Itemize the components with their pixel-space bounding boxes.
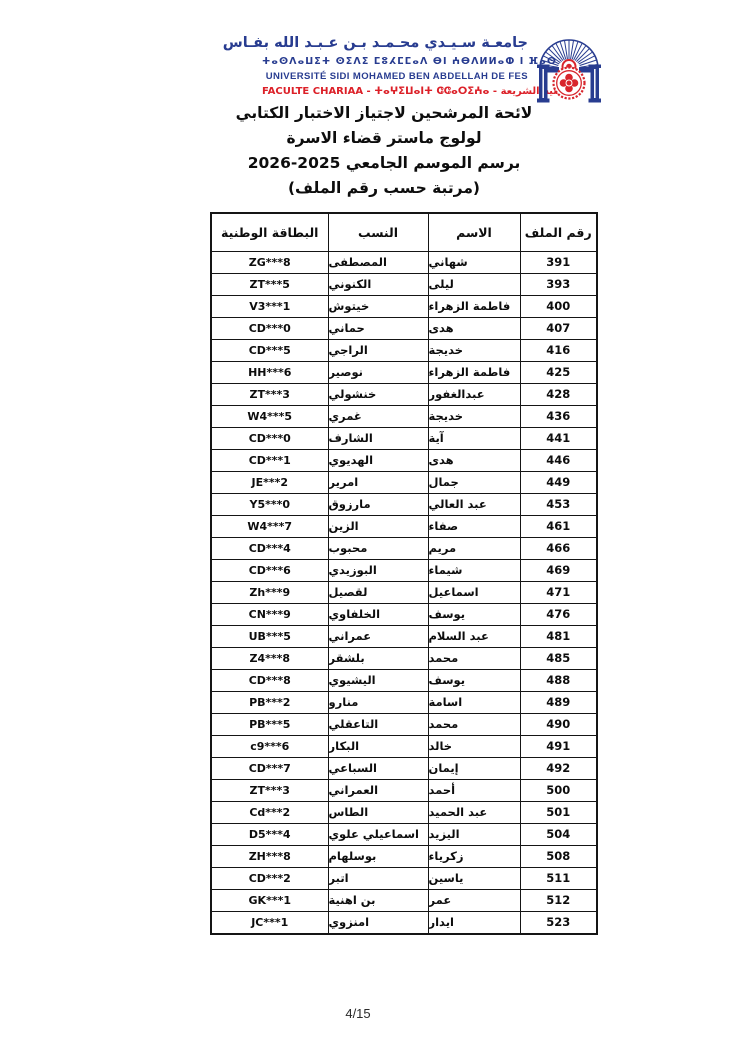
table-row: 523 ايدار امنزوي JC***1 (211, 912, 597, 935)
letterhead: جامعـة سـيـدي محـمـد بـن عـبـد الله بفـا… (262, 26, 605, 106)
file-number-cell: 523 (520, 912, 597, 935)
title-master-program: لولوج ماستر قضاء الاسرة (0, 126, 750, 151)
last-name-cell: منارو (328, 692, 428, 714)
first-name-cell: اليزيد (428, 824, 520, 846)
national-id-cell: CN***9 (211, 604, 328, 626)
file-number-cell: 489 (520, 692, 597, 714)
table-row: 453 عبد العالي مارزوق Y5***0 (211, 494, 597, 516)
file-number-cell: 490 (520, 714, 597, 736)
national-id-cell: CD***0 (211, 318, 328, 340)
table-row: 488 يوسف اليشيوي CD***8 (211, 670, 597, 692)
table-row: 501 عبد الحميد الطاس Cd***2 (211, 802, 597, 824)
table-row: 425 فاطمة الزهراء نوصير HH***6 (211, 362, 597, 384)
file-number-cell: 508 (520, 846, 597, 868)
first-name-cell: إيمان (428, 758, 520, 780)
national-id-cell: PB***2 (211, 692, 328, 714)
last-name-cell: خنشولي (328, 384, 428, 406)
national-id-cell: D5***4 (211, 824, 328, 846)
table-row: 490 محمد التاعقلي PB***5 (211, 714, 597, 736)
table-body: 391 شهاني المصطفى ZG***8 393 ليلى الكنون… (211, 252, 597, 935)
last-name-cell: الراجي (328, 340, 428, 362)
first-name-cell: خديجة (428, 340, 520, 362)
table-row: 481 عبد السلام عمراني UB***5 (211, 626, 597, 648)
table-row: 393 ليلى الكنوني ZT***5 (211, 274, 597, 296)
title-academic-year: برسم الموسم الجامعي 2025-2026 (0, 151, 750, 176)
national-id-cell: c9***6 (211, 736, 328, 758)
table-row: 441 آية الشارف CD***0 (211, 428, 597, 450)
national-id-cell: ZG***8 (211, 252, 328, 274)
title-list-candidates: لائحة المرشحين لاجتياز الاختبار الكتابي (0, 101, 750, 126)
file-number-cell: 400 (520, 296, 597, 318)
column-header-national-id: البطاقة الوطنية (211, 213, 328, 252)
university-name-arabic: جامعـة سـيـدي محـمـد بـن عـبـد الله بفـا… (262, 33, 528, 53)
first-name-cell: ايدار (428, 912, 520, 935)
file-number-cell: 466 (520, 538, 597, 560)
first-name-cell: مريم (428, 538, 520, 560)
last-name-cell: مارزوق (328, 494, 428, 516)
last-name-cell: البوزيدي (328, 560, 428, 582)
table-row: 485 محمد بلشقر Z4***8 (211, 648, 597, 670)
file-number-cell: 461 (520, 516, 597, 538)
table-header: رقم الملف الاسم النسب البطاقة الوطنية (211, 213, 597, 252)
file-number-cell: 425 (520, 362, 597, 384)
first-name-cell: جمال (428, 472, 520, 494)
file-number-cell: 436 (520, 406, 597, 428)
national-id-cell: CD***1 (211, 450, 328, 472)
first-name-cell: ليلى (428, 274, 520, 296)
last-name-cell: السباعي (328, 758, 428, 780)
table-row: 400 فاطمة الزهراء خيتوش V3***1 (211, 296, 597, 318)
national-id-cell: CD***4 (211, 538, 328, 560)
first-name-cell: شيماء (428, 560, 520, 582)
table-row: 489 اسامة منارو PB***2 (211, 692, 597, 714)
file-number-cell: 453 (520, 494, 597, 516)
first-name-cell: صفاء (428, 516, 520, 538)
last-name-cell: البكار (328, 736, 428, 758)
candidates-table: رقم الملف الاسم النسب البطاقة الوطنية 39… (210, 212, 598, 935)
national-id-cell: UB***5 (211, 626, 328, 648)
university-name-french: UNIVERSITÉ SIDI MOHAMED BEN ABDELLAH DE … (262, 70, 528, 83)
last-name-cell: بوسلهام (328, 846, 428, 868)
last-name-cell: الزين (328, 516, 428, 538)
table-row: 416 خديجة الراجي CD***5 (211, 340, 597, 362)
file-number-cell: 504 (520, 824, 597, 846)
first-name-cell: عبدالغفور (428, 384, 520, 406)
national-id-cell: Z4***8 (211, 648, 328, 670)
table-row: 391 شهاني المصطفى ZG***8 (211, 252, 597, 274)
last-name-cell: بن اهنية (328, 890, 428, 912)
file-number-cell: 428 (520, 384, 597, 406)
column-header-file-number: رقم الملف (520, 213, 597, 252)
table-row: 504 اليزيد اسماعيلي علوي D5***4 (211, 824, 597, 846)
national-id-cell: HH***6 (211, 362, 328, 384)
file-number-cell: 512 (520, 890, 597, 912)
national-id-cell: ZT***5 (211, 274, 328, 296)
last-name-cell: المصطفى (328, 252, 428, 274)
national-id-cell: V3***1 (211, 296, 328, 318)
file-number-cell: 488 (520, 670, 597, 692)
first-name-cell: فاطمة الزهراء (428, 362, 520, 384)
university-logo-icon (533, 26, 605, 106)
table-row: 466 مريم محبوب CD***4 (211, 538, 597, 560)
first-name-cell: عمر (428, 890, 520, 912)
national-id-cell: CD***8 (211, 670, 328, 692)
table-row: 436 خديجة غمري W4***5 (211, 406, 597, 428)
first-name-cell: أحمد (428, 780, 520, 802)
table-row: 449 جمال امرير JE***2 (211, 472, 597, 494)
file-number-cell: 481 (520, 626, 597, 648)
table-row: 407 هدى حماني CD***0 (211, 318, 597, 340)
table-row: 476 يوسف الخلفاوي CN***9 (211, 604, 597, 626)
title-sort-note: (مرتبة حسب رقم الملف) (0, 176, 750, 201)
last-name-cell: غمري (328, 406, 428, 428)
column-header-first-name: الاسم (428, 213, 520, 252)
last-name-cell: التاعقلي (328, 714, 428, 736)
first-name-cell: خالد (428, 736, 520, 758)
file-number-cell: 511 (520, 868, 597, 890)
file-number-cell: 441 (520, 428, 597, 450)
last-name-cell: اسماعيلي علوي (328, 824, 428, 846)
first-name-cell: عبد الحميد (428, 802, 520, 824)
last-name-cell: امرير (328, 472, 428, 494)
first-name-cell: فاطمة الزهراء (428, 296, 520, 318)
file-number-cell: 393 (520, 274, 597, 296)
table-row: 491 خالد البكار c9***6 (211, 736, 597, 758)
national-id-cell: W4***7 (211, 516, 328, 538)
last-name-cell: لقصيل (328, 582, 428, 604)
first-name-cell: خديجة (428, 406, 520, 428)
last-name-cell: الكنوني (328, 274, 428, 296)
last-name-cell: حماني (328, 318, 428, 340)
last-name-cell: خيتوش (328, 296, 428, 318)
national-id-cell: CD***2 (211, 868, 328, 890)
last-name-cell: عمراني (328, 626, 428, 648)
national-id-cell: Y5***0 (211, 494, 328, 516)
national-id-cell: JC***1 (211, 912, 328, 935)
first-name-cell: يوسف (428, 670, 520, 692)
national-id-cell: CD***0 (211, 428, 328, 450)
last-name-cell: نوصير (328, 362, 428, 384)
first-name-cell: ياسين (428, 868, 520, 890)
letterhead-text: جامعـة سـيـدي محـمـد بـن عـبـد الله بفـا… (262, 33, 528, 99)
page-number: 4/15 (0, 1006, 716, 1021)
national-id-cell: GK***1 (211, 890, 328, 912)
first-name-cell: يوسف (428, 604, 520, 626)
last-name-cell: اتبر (328, 868, 428, 890)
table-row: 471 اسماعيل لقصيل Zh***9 (211, 582, 597, 604)
university-name-tifinagh: ⵜⴰⵙⴷⴰⵡⵉⵜ ⵙⵉⴷⵉ ⵎⵓⵃⵎⵎⴰⴷ ⴱⵏ ⵄⴱⴷⵍⵍⴰⵀ ⵏ ⴼⴰⵙ (262, 55, 528, 68)
first-name-cell: هدى (428, 450, 520, 472)
last-name-cell: بلشقر (328, 648, 428, 670)
first-name-cell: عبد العالي (428, 494, 520, 516)
file-number-cell: 446 (520, 450, 597, 472)
last-name-cell: اليشيوي (328, 670, 428, 692)
last-name-cell: العمراني (328, 780, 428, 802)
table-row: 469 شيماء البوزيدي CD***6 (211, 560, 597, 582)
table-row: 500 أحمد العمراني ZT***3 (211, 780, 597, 802)
file-number-cell: 407 (520, 318, 597, 340)
national-id-cell: CD***6 (211, 560, 328, 582)
national-id-cell: ZT***3 (211, 384, 328, 406)
first-name-cell: شهاني (428, 252, 520, 274)
national-id-cell: ZT***3 (211, 780, 328, 802)
national-id-cell: PB***5 (211, 714, 328, 736)
document-titles: لائحة المرشحين لاجتياز الاختبار الكتابي … (0, 101, 750, 201)
file-number-cell: 416 (520, 340, 597, 362)
national-id-cell: CD***5 (211, 340, 328, 362)
national-id-cell: W4***5 (211, 406, 328, 428)
document-page: جامعـة سـيـدي محـمـد بـن عـبـد الله بفـا… (0, 0, 750, 1061)
last-name-cell: الخلفاوي (328, 604, 428, 626)
first-name-cell: زكرياء (428, 846, 520, 868)
first-name-cell: محمد (428, 714, 520, 736)
national-id-cell: JE***2 (211, 472, 328, 494)
national-id-cell: Cd***2 (211, 802, 328, 824)
last-name-cell: الهديوي (328, 450, 428, 472)
first-name-cell: اسامة (428, 692, 520, 714)
faculty-name-line: FACULTE CHARIAA - ⵜⴰⵖⵉⵡⴰⵏⵜ ⵛⵛⴰⵔⵉⵄⴰ - كلي… (262, 85, 528, 99)
column-header-last-name: النسب (328, 213, 428, 252)
national-id-cell: CD***7 (211, 758, 328, 780)
table-row: 492 إيمان السباعي CD***7 (211, 758, 597, 780)
file-number-cell: 476 (520, 604, 597, 626)
file-number-cell: 471 (520, 582, 597, 604)
file-number-cell: 500 (520, 780, 597, 802)
file-number-cell: 391 (520, 252, 597, 274)
table-row: 446 هدى الهديوي CD***1 (211, 450, 597, 472)
file-number-cell: 492 (520, 758, 597, 780)
last-name-cell: الشارف (328, 428, 428, 450)
table-row: 508 زكرياء بوسلهام ZH***8 (211, 846, 597, 868)
national-id-cell: ZH***8 (211, 846, 328, 868)
table-row: 428 عبدالغفور خنشولي ZT***3 (211, 384, 597, 406)
first-name-cell: اسماعيل (428, 582, 520, 604)
table-row: 512 عمر بن اهنية GK***1 (211, 890, 597, 912)
last-name-cell: محبوب (328, 538, 428, 560)
table-row: 461 صفاء الزين W4***7 (211, 516, 597, 538)
first-name-cell: آية (428, 428, 520, 450)
first-name-cell: هدى (428, 318, 520, 340)
last-name-cell: الطاس (328, 802, 428, 824)
file-number-cell: 469 (520, 560, 597, 582)
last-name-cell: امنزوي (328, 912, 428, 935)
first-name-cell: محمد (428, 648, 520, 670)
national-id-cell: Zh***9 (211, 582, 328, 604)
file-number-cell: 449 (520, 472, 597, 494)
file-number-cell: 491 (520, 736, 597, 758)
table-row: 511 ياسين اتبر CD***2 (211, 868, 597, 890)
file-number-cell: 501 (520, 802, 597, 824)
first-name-cell: عبد السلام (428, 626, 520, 648)
file-number-cell: 485 (520, 648, 597, 670)
